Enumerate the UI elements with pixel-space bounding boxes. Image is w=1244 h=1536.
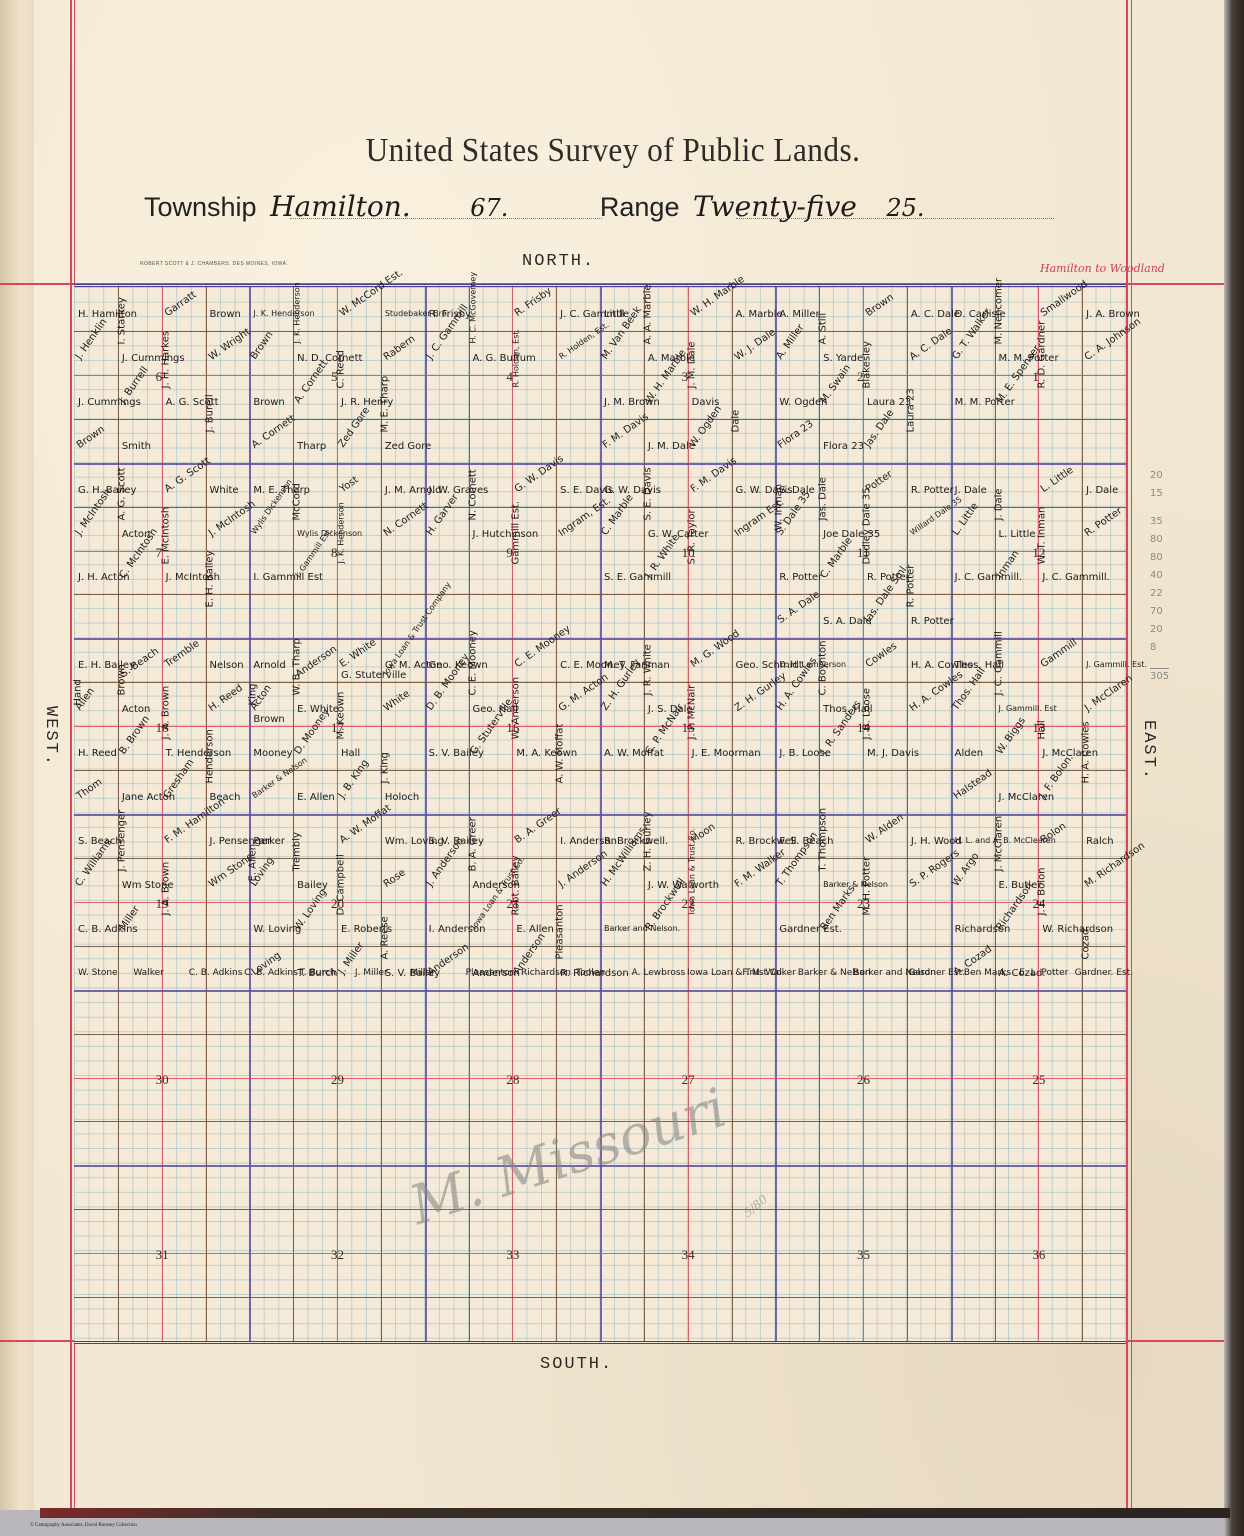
landowner-label: J. F. Bolon. [1038,752,1076,800]
landowner-label: Dudley Dale 35 [862,487,873,564]
landowner-label: C. B. Adkins [244,968,298,978]
tally-value: 80 [1150,552,1163,563]
grid-hline [74,551,1126,552]
landowner-label: Gammill Est. [511,501,522,565]
grid-hline [74,1034,1126,1035]
landowner-label: Zed Gore [385,441,431,452]
landowner-label: Mooney [253,748,292,759]
landowner-label: Tharp [297,441,326,452]
grid-hline [74,1209,1126,1210]
landowner-label: W. Loving [293,887,330,933]
landowner-label: N. D. Cornett [297,353,362,364]
landowner-label: J. C. Gammill. [1042,572,1110,583]
grid-hline [74,726,1126,727]
page-title: United States Survey of Public Lands. [49,132,1177,170]
tally-value: 15 [1150,488,1163,499]
landowner-label: Ralch [1086,836,1113,847]
landowner-label: McCord [292,483,303,521]
landowner-label: G. W. Davis [513,453,566,495]
landowner-label: J. Gammill. Est. [1086,660,1147,669]
grid-hline [74,902,1126,903]
landowner-label: J. M. Dale [686,341,697,388]
landowner-label: Henderson [204,729,215,783]
landowner-label: H. Hamilton [78,309,137,320]
compass-south: SOUTH. [540,1355,613,1374]
compass-north: NORTH. [522,252,595,271]
township-label: Township [144,192,257,222]
section-number: 25 [1032,1072,1045,1088]
landowner-label: Holoch [385,792,419,803]
landowner-label: Rose [382,867,408,890]
landowner-label: H. Reed [206,683,244,714]
landowner-label: W. Richardson [1042,924,1113,935]
township-fill-line [290,217,602,219]
grid-hline [74,1297,1126,1298]
landowner-label: J. Burell [204,394,215,432]
range-label: Range [600,192,680,222]
grid-hline [74,594,1126,595]
landowner-label: T. Henderson [166,748,232,759]
landowner-label: Brown [249,330,276,362]
tally-value: 8 [1150,642,1156,653]
landowner-label: E. White [338,637,379,670]
landowner-label: Flora 23 [776,418,816,450]
tally-value: 305 [1150,668,1169,682]
landowner-label: Walker [133,968,163,978]
landowner-label: White [382,689,412,715]
landowner-label: H. Reed [78,748,117,759]
landowner-label: Hand [73,679,84,705]
landowner-label: Halstead [952,768,995,802]
landowner-label: Jas. Dale [818,477,829,520]
landowner-label: M. J. Davis [867,748,919,759]
section-number: 29 [331,1072,344,1088]
grid-hline [74,1078,1126,1079]
landowner-label: S. R. Taylor [686,509,697,564]
landowner-label: Flora 23 [823,441,864,452]
landowner-label: Cowles [864,641,899,670]
landowner-label: T. Thompson [818,808,829,872]
landowner-label: J. Henklin [73,317,109,362]
landowner-label: M. A. Keown [516,748,577,759]
landowner-label: B. Brown [117,714,152,757]
landowner-label: E. H. Bailey [204,551,215,608]
landowner-label: E. Allen [297,792,335,803]
landowner-label: King [248,684,259,706]
landowner-label: J. Hutchinson [473,529,539,540]
right-margin-rule-inner [1131,0,1132,1510]
section-number: 34 [682,1247,695,1263]
landowner-label: J. K. Henderson [337,502,346,563]
landowner-label: Gresham [161,757,196,800]
landowner-label: W. Inman [774,484,785,531]
landowner-label: W. J. Dale [732,327,777,363]
landowner-label: W. Ogden [687,404,724,450]
landowner-label: R. Potter [1083,505,1124,539]
landowner-label: Hall [341,748,360,759]
section-number: 26 [857,1072,870,1088]
section-number: 31 [156,1247,169,1263]
landowner-label: C. Boynton [818,641,829,696]
landowner-label: F. M. Walker [742,968,795,978]
landowner-label: Gardner Est. [909,968,965,978]
landowner-label: J. Dale [1086,485,1118,496]
landowner-label: J. F. Bolon [1037,867,1048,915]
landowner-label: Pleasanton [555,904,566,959]
landowner-label: J. A. Brown [160,686,171,740]
landowner-label: Trembly [292,832,303,871]
landowner-label: M. E. Tharp [379,376,390,433]
collection-credit: © Cartography Associates, David Rumsey C… [30,1523,137,1528]
landowner-label: J. Gammill. Est [999,704,1057,713]
landowner-label: Hall [1037,720,1048,739]
landowner-label: C. E. Mooney [467,630,478,695]
landowner-label: Miller [410,968,435,978]
landowner-label: M. Keown [336,692,347,740]
grid-hline [74,463,1126,465]
tally-value: 20 [1150,470,1163,481]
landowner-label: C. A. Johnson [1083,316,1143,363]
atlas-page: United States Survey of Public Lands. To… [0,0,1226,1510]
landowner-label: W. Stone [78,968,118,978]
landowner-label: J. P. McNair [686,685,697,740]
page-gutter [0,0,34,1510]
landowner-label: J. Dale [955,485,987,496]
tally-value: 80 [1150,534,1163,545]
grid-hline [74,419,1126,420]
landowner-label: J. Dale [993,488,1004,520]
landowner-label: Brown [75,424,107,451]
landowner-label: Gardner. Est. [1075,968,1133,978]
landowner-label: J. Miller [355,968,388,978]
landowner-label: M. Swain [819,362,854,405]
landowner-label: H. A. Cowles [1081,721,1092,783]
landowner-label: Acton [122,704,151,715]
landowner-label: Jas. Dale [862,407,896,449]
landowner-label: Gammill [1039,637,1079,670]
landowner-label: A. Lewbross [632,968,686,978]
landowner-label: Brown [210,309,241,320]
landowner-label: A. Miller [775,322,807,361]
grid-hline [74,814,1126,816]
tally-value: 20 [1150,624,1163,635]
grid-hline [74,638,1126,640]
landowner-label: R. Potter [911,485,954,496]
landowner-label: B. A. Greer [467,817,478,871]
landowner-label: L. Little [999,529,1036,540]
landowner-label: R. Potter [911,616,954,627]
landowner-label: Iowa Loan & Trust Co. [687,828,696,915]
landowner-label: Ben Marks [964,968,1011,978]
book-spine [1224,0,1244,1536]
landowner-label: J. C. Gammill. [955,572,1023,583]
red-margin-note: Hamilton to Woodland [1040,262,1165,275]
landowner-label: J. K. Henderson [293,282,302,343]
landowner-label: W. T. Inman [1037,506,1048,564]
landowner-label: Richardson [521,968,571,978]
landowner-label: E. McIntosh [160,506,171,564]
landowner-label: E. L. Potter [1019,968,1068,978]
book-binding [40,1508,1230,1518]
landowner-label: J. Cummings [122,353,185,364]
right-margin-rule [1126,0,1128,1510]
section-number: 28 [506,1072,519,1088]
landowner-label: Brown [253,714,284,725]
landowner-label: A. W. Moffat [555,724,566,784]
landowner-label: Tremble [163,639,202,671]
landowner-label: G. Stuterville [341,670,406,681]
landowner-label: R. Holden, Est. [512,329,521,388]
landowner-label: Thom [75,777,105,802]
landowner-label: J. C. Gammill [993,631,1004,695]
landowner-label: Zed Gore [336,405,372,449]
landowner-label: J. R. White [642,644,653,695]
left-margin-rule [70,0,72,1510]
landowner-label: E. Allen [248,844,259,882]
landowner-label: Brown [864,292,896,319]
landowner-label: W. Biggs [994,716,1027,757]
landowner-label: M. G. Wood [689,629,742,671]
landowner-label: Z. H. Gurley [642,811,653,871]
landowner-label: J. King [379,752,390,783]
landowner-label: R. Potter [779,572,822,583]
landowner-label: Arnold [253,660,285,671]
landowner-label: S. E. Davis [642,467,653,520]
landowner-label: W. Alden [864,812,906,846]
landowner-label: T. Burch [299,968,335,978]
landowner-label: W. Anderson [511,677,522,740]
landowner-label: A. Reese [379,916,390,959]
compass-east: EAST. [1139,720,1158,781]
tally-value: 40 [1150,570,1163,581]
landowner-label: C. B. Adkins [189,968,243,978]
landowner-label: A. C. Dale [911,309,960,320]
landowner-label: A. A. Marble [642,284,653,344]
landowner-label: J. B. Loose [862,688,873,740]
landowner-label: J. W. Graves [429,485,489,496]
landowner-label: Smith [122,441,151,452]
section-number: 36 [1032,1247,1045,1263]
landowner-label: White [210,485,239,496]
landowner-label: A. Still [818,313,829,345]
landowner-label: A. G. Buffum [473,353,536,364]
landowner-label: Dale [730,410,741,433]
landowner-label: Yost [338,474,361,495]
landowner-label: J. Pensenger [116,810,127,872]
grid-hline [74,946,1126,947]
section-number: 33 [506,1247,519,1263]
landowner-label: I. Gammill Est [253,572,323,583]
grid-hline [74,990,1126,992]
landowner-label: A. Cornett [293,358,331,406]
landowner-label: Rabern [382,333,418,362]
section-number: 32 [331,1247,344,1263]
landowner-label: C. Marble [819,536,855,581]
landowner-label: A. Miller [779,309,819,320]
compass-west: WEST. [41,706,60,767]
landowner-label: I. Starkey [116,297,127,344]
landowner-label: Miller [117,904,142,933]
landowner-label: M. H. Potter [862,857,873,916]
grid-hline [74,375,1126,376]
landowner-label: E. Allen [516,924,554,935]
landowner-label: R. Frisby [513,286,554,319]
landowner-label: Garratt [163,289,199,319]
grid-hline [74,1253,1126,1254]
landowner-label: J. McClaren [993,816,1004,872]
landowner-label: Toolen [576,968,605,978]
landowner-label: H. Garver [424,492,460,538]
landowner-label: Pleasanton [466,968,516,978]
landowner-label: Alden [955,748,983,759]
tally-value: 35 [1150,516,1163,527]
landowner-label: M. Richardson [1083,840,1147,890]
township-grid: 6H. HamiltonI. StarkeyGarrattBrownJ. Hen… [74,284,1126,1344]
landowner-label: J. B. King [336,758,371,801]
landowner-label: Cozad [1081,928,1092,959]
landowner-label: J. E. Moorman [692,748,761,759]
printer-credit: ROBERT SCOTT & J. CHAMBERS. DES MOINES, … [140,261,288,267]
pencil-river-note: M. Missouri [402,1076,733,1237]
grid-hline [74,770,1126,771]
landowner-label: J. K. Henderson [253,309,314,318]
landowner-label: M. Nencomer [993,278,1004,345]
landowner-label: J. H. Harkes [160,331,171,389]
landowner-label: A. Marble [736,309,783,320]
landowner-label: C. Reed [336,350,347,389]
landowner-label: L. Little [1039,464,1076,494]
landowner-label: Laura 23 [905,388,916,432]
range-fill-line [736,217,1054,219]
landowner-label: Brown [253,397,284,408]
pencil-small-note: 5/80 [741,1192,771,1220]
tally-value: 22 [1150,588,1163,599]
landowner-label: S. E. Gammill [604,572,671,583]
section-number: 35 [857,1247,870,1263]
tally-value: 70 [1150,606,1163,617]
landowner-label: Barker and Nelson. [604,924,680,933]
landowner-label: Nelson [210,660,244,671]
landowner-label: J. A. Brown [160,862,171,916]
section-number: 30 [156,1072,169,1088]
landowner-label: N. Cornett [467,469,478,520]
landowner-label: D. Campbell [336,854,347,915]
landowner-label: Blakesley [862,341,873,388]
landowner-label: A. G. Scott [116,467,127,520]
